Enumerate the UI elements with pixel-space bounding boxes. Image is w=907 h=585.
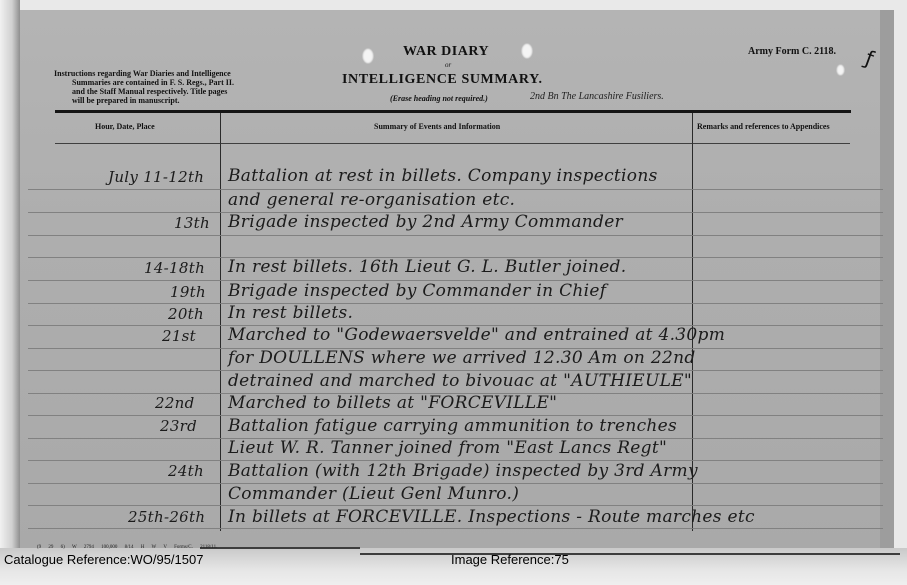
form-title-war-diary: WAR DIARY: [403, 44, 489, 60]
entry-text: In rest billets.: [228, 303, 353, 323]
entry-text: for DOULLENS where we arrived 12.30 Am o…: [228, 348, 696, 368]
entry-text: Battalion fatigue carrying ammunition to…: [228, 416, 677, 436]
entry-date: 22nd: [155, 394, 195, 412]
entry-date: 19th: [170, 283, 206, 301]
entry-date: 21st: [162, 327, 196, 345]
column-header-remarks: Remarks and references to Appendices: [697, 122, 830, 131]
unit-name: 2nd Bn The Lancashire Fusiliers.: [530, 91, 664, 102]
entry-text: In billets at FORCEVILLE. Inspections - …: [228, 507, 755, 527]
entry-text: Marched to "Godewaersvelde" and entraine…: [228, 325, 725, 345]
ruled-line: [28, 528, 883, 529]
entry-text: Commander (Lieut Genl Munro.): [228, 484, 519, 504]
entry-text: Brigade inspected by Commander in Chief: [228, 281, 606, 301]
instruction-line: and the Staff Manual respectively. Title…: [54, 87, 294, 96]
army-form-number: Army Form C. 2118.: [748, 46, 836, 57]
entry-text: Lieut W. R. Tanner joined from "East Lan…: [228, 438, 667, 458]
instruction-line: Instructions regarding War Diaries and I…: [54, 69, 294, 78]
entry-text: and general re-organisation etc.: [228, 190, 515, 210]
image-reference: Image Reference:75: [451, 552, 569, 567]
entry-text: Battalion at rest in billets. Company in…: [228, 166, 658, 186]
entry-text: Brigade inspected by 2nd Army Commander: [228, 212, 623, 232]
entry-date: 13th: [174, 214, 210, 232]
torn-left-edge: [0, 0, 20, 585]
column-header-summary: Summary of Events and Information: [374, 122, 500, 131]
header-rule: [55, 110, 851, 113]
instruction-line: Summaries are contained in F. S. Regs., …: [54, 78, 294, 87]
entry-date: 24th: [168, 462, 204, 480]
printer-imprint: (9 29 6) W 2794 100,000 8/14 H W V Forms…: [37, 545, 217, 550]
entry-date: 23rd: [160, 417, 197, 435]
entry-text: Battalion (with 12th Brigade) inspected …: [228, 461, 698, 481]
erase-note: (Erase heading not required.): [390, 94, 488, 103]
column-divider: [220, 113, 221, 531]
torn-edge: [200, 547, 360, 549]
ruled-line: [28, 303, 883, 304]
instruction-line: will be prepared in manuscript.: [54, 96, 294, 105]
form-instructions: Instructions regarding War Diaries and I…: [54, 69, 294, 105]
punch-hole-icon: [836, 64, 845, 76]
ruled-line: [55, 143, 850, 144]
form-title-intelligence-summary: INTELLIGENCE SUMMARY.: [342, 72, 543, 88]
entry-text: Marched to billets at "FORCEVILLE": [228, 393, 557, 413]
entry-date: July 11-12th: [108, 168, 204, 186]
ruled-line: [28, 235, 883, 236]
punch-hole-icon: [521, 43, 533, 59]
ruled-line: [28, 505, 883, 506]
form-title-or: or: [445, 61, 451, 69]
punch-hole-icon: [362, 48, 374, 64]
torn-edge: [360, 553, 900, 555]
entry-date: 20th: [168, 305, 204, 323]
entry-text: detrained and marched to bivouac at "AUT…: [228, 371, 692, 391]
entry-date: 25th-26th: [128, 508, 205, 526]
entry-date: 14-18th: [144, 259, 205, 277]
catalogue-reference: Catalogue Reference:WO/95/1507: [4, 552, 203, 567]
entry-text: In rest billets. 16th Lieut G. L. Butler…: [228, 257, 626, 277]
column-header-date: Hour, Date, Place: [95, 122, 155, 131]
